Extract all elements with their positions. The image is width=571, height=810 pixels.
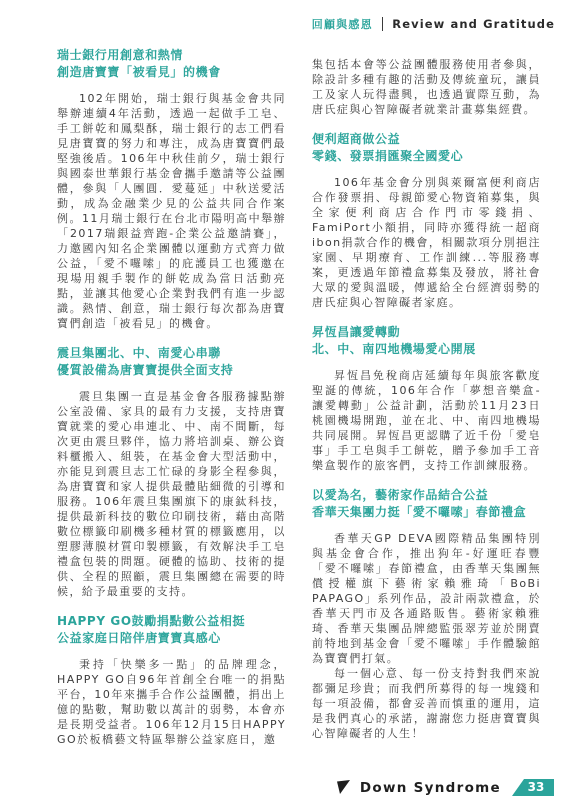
heading-line: 昇恆昌讓愛轉動 [312,324,541,341]
section-gp-deva: 以愛為名，藝術家作品結合公益 香華天集團力挺「愛不囉嗦」春節禮盒 香華天GP D… [312,487,541,741]
paragraph: 106年基金會分別與萊爾富便利商店合作發票捐、母親節愛心物資箱募集，與全家便利商… [312,175,541,310]
page-header: 回顧與感恩 Review and Gratitude [312,16,555,32]
section-aurora: 震旦集團北、中、南愛心串聯 優質設備為唐寶寶提供全面支持 震旦集團一直是基金會各… [57,345,286,599]
right-column: 集包括本會等公益團體服務使用者參與，除設計多種有趣的活動及傳統童玩，讓員工及家人… [312,46,541,747]
paragraph: 集包括本會等公益團體服務使用者參與，除設計多種有趣的活動及傳統童玩，讓員工及家人… [312,57,541,117]
section-convenience-stores: 便利超商做公益 零錢、發票捐匯聚全國愛心 106年基金會分別與萊爾富便利商店合作… [312,131,541,310]
section-heading: 瑞士銀行用創意和熱情 創造唐寶寶「被看見」的機會 [57,47,286,80]
page-number-badge: 33 [512,779,554,796]
section-heading: 便利超商做公益 零錢、發票捐匯聚全國愛心 [312,131,541,164]
heading-line: 香華天集團力挺「愛不囉嗦」春節禮盒 [312,504,541,521]
heading-line: 瑞士銀行用創意和熱情 [57,47,286,64]
paragraph: 震旦集團一直是基金會各服務據點辦公室設備、家具的最有力支援，支持唐寶寶就業的愛心… [57,389,286,599]
section-happy-go-continued: 集包括本會等公益團體服務使用者參與，除設計多種有趣的活動及傳統童玩，讓員工及家人… [312,57,541,117]
closing-paragraph: 每一個心意、每一份支持對我們來說都彌足珍貴；而我們所募得的每一塊錢和每一項設備，… [312,666,541,741]
paragraph: 昇恆昌免稅商店延續每年與旅客歡度聖誕的傳統，106年合作「夢想音樂盒-讓愛轉動」… [312,368,541,473]
heading-line: 零錢、發票捐匯聚全國愛心 [312,148,541,165]
section-heading: 昇恆昌讓愛轉動 北、中、南四地機場愛心開展 [312,324,541,357]
section-ever-rich: 昇恆昌讓愛轉動 北、中、南四地機場愛心開展 昇恆昌免稅商店延續每年與旅客歡度聖誕… [312,324,541,473]
heading-line: 以愛為名，藝術家作品結合公益 [312,487,541,504]
header-title-zh: 回顧與感恩 [312,16,373,32]
page-footer: Down Syndrome 33 [336,779,554,796]
header-title-en: Review and Gratitude [392,17,555,31]
left-column: 瑞士銀行用創意和熱情 創造唐寶寶「被看見」的機會 102年開始，瑞士銀行與基金會… [57,46,286,747]
section-heading: 震旦集團北、中、南愛心串聯 優質設備為唐寶寶提供全面支持 [57,345,286,378]
section-happy-go: HAPPY GO鼓勵捐點數公益相挺 公益家庭日陪伴唐寶寶真感心 秉持「快樂多一點… [57,613,286,747]
heading-line: 公益家庭日陪伴唐寶寶真感心 [57,630,286,647]
heading-line: 震旦集團北、中、南愛心串聯 [57,345,286,362]
magazine-page: 回顧與感恩 Review and Gratitude 瑞士銀行用創意和熱情 創造… [0,0,571,810]
heading-line: 便利超商做公益 [312,131,541,148]
heading-line: 優質設備為唐寶寶提供全面支持 [57,362,286,379]
content-columns: 瑞士銀行用創意和熱情 創造唐寶寶「被看見」的機會 102年開始，瑞士銀行與基金會… [57,46,541,747]
paragraph: 秉持「快樂多一點」的品牌理念，HAPPY GO自96年首創全台唯一的捐點平台，1… [57,657,286,747]
section-heading: 以愛為名，藝術家作品結合公益 香華天集團力挺「愛不囉嗦」春節禮盒 [312,487,541,520]
paragraph: 102年開始，瑞士銀行與基金會共同舉辦連續4年活動，透過一起做手工皂、手工餅乾和… [57,91,286,331]
section-ubs: 瑞士銀行用創意和熱情 創造唐寶寶「被看見」的機會 102年開始，瑞士銀行與基金會… [57,47,286,331]
flag-triangle-icon [336,780,351,795]
footer-title: Down Syndrome [360,780,501,796]
heading-line: 創造唐寶寶「被看見」的機會 [57,64,286,81]
section-heading: HAPPY GO鼓勵捐點數公益相挺 公益家庭日陪伴唐寶寶真感心 [57,613,286,646]
header-separator [382,17,384,31]
heading-line: HAPPY GO鼓勵捐點數公益相挺 [57,613,286,630]
heading-line: 北、中、南四地機場愛心開展 [312,341,541,358]
paragraph: 香華天GP DEVA國際精品集團特別與基金會合作，推出狗年-好運旺春豐「愛不囉嗦… [312,531,541,666]
